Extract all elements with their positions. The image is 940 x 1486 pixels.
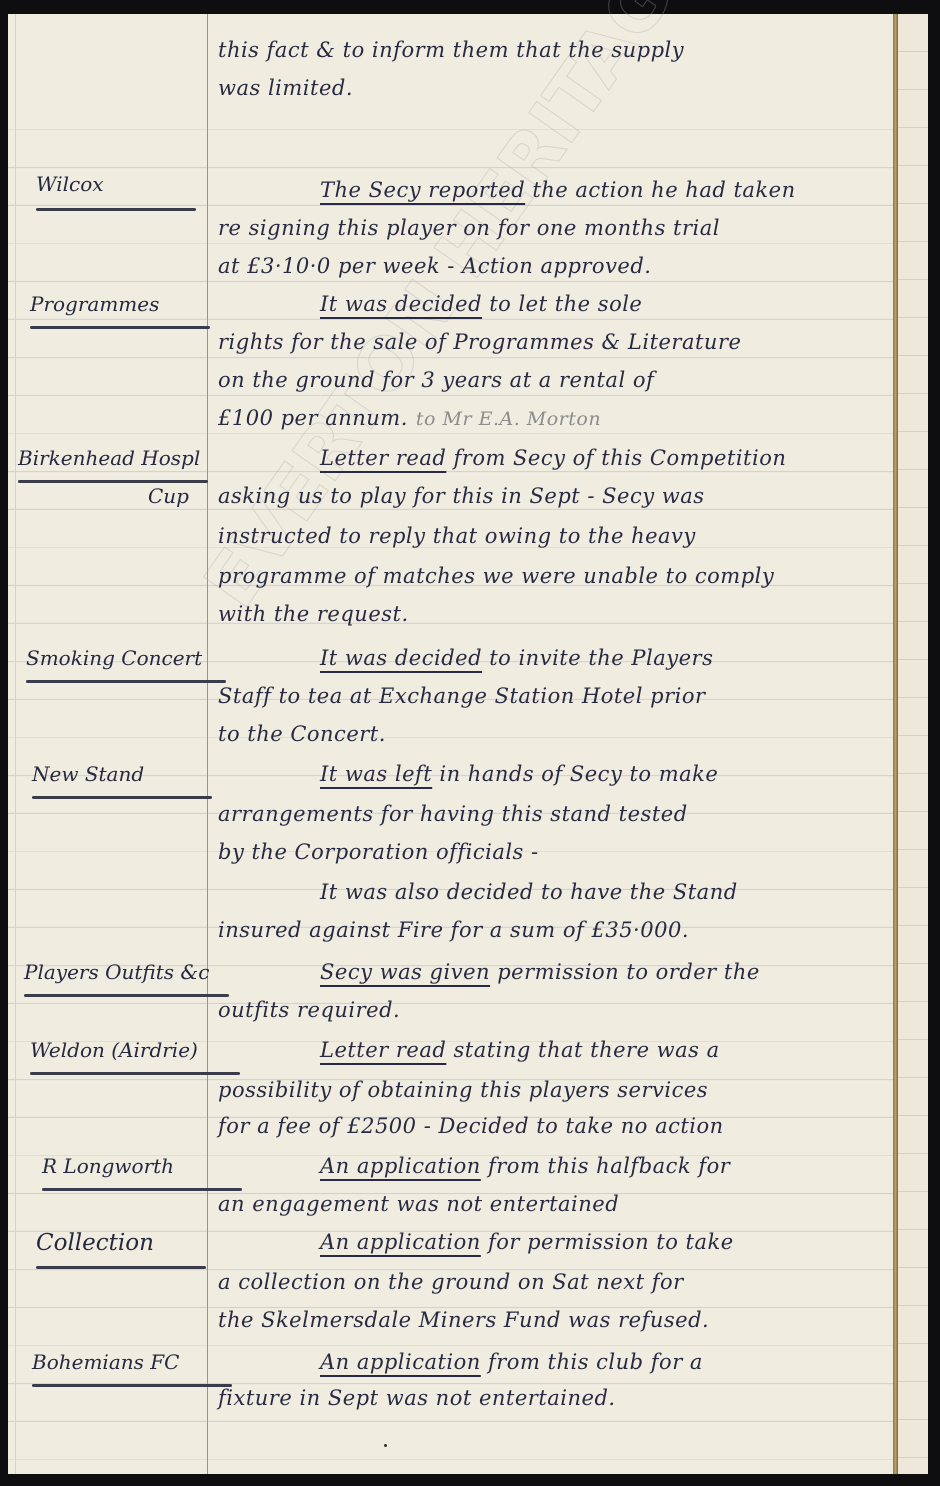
margin-heading-weldon-airdrie: Weldon (Airdrie) xyxy=(30,1038,198,1062)
body-text: from Secy of this Competition xyxy=(446,446,786,470)
heading-underline xyxy=(36,208,196,211)
heading-text: Smoking Concert xyxy=(26,646,202,670)
heading-underline xyxy=(32,796,212,799)
heading-text: Wilcox xyxy=(36,172,104,196)
body-line: Letter read from Secy of this Competitio… xyxy=(320,446,888,470)
body-text: to let the sole xyxy=(482,292,642,316)
body-line: asking us to play for this in Sept - Sec… xyxy=(218,484,888,508)
heading-underline xyxy=(18,480,208,483)
margin-heading-collection: Collection xyxy=(36,1230,154,1256)
heading-text: Weldon (Airdrie) xyxy=(30,1038,198,1062)
lead-phrase: Secy was given xyxy=(320,960,490,984)
heading-underline xyxy=(30,1072,240,1075)
body-line: an engagement was not entertained xyxy=(218,1192,888,1216)
pencil-annotation: to Mr E.A. Morton xyxy=(416,408,601,430)
lead-phrase: It was decided xyxy=(320,292,482,316)
body-line: by the Corporation officials - xyxy=(218,840,888,864)
lead-phrase: An application xyxy=(320,1154,481,1178)
heading-text: Collection xyxy=(36,1230,154,1256)
body-line: It was decided to let the sole xyxy=(320,292,888,316)
body-line: for a fee of £2500 - Decided to take no … xyxy=(218,1114,888,1138)
lead-phrase: An application xyxy=(320,1350,481,1374)
lead-phrase: It was decided xyxy=(320,646,482,670)
body-text: the action he had taken xyxy=(525,178,795,202)
margin-heading-wilcox: Wilcox xyxy=(36,172,104,196)
body-line: Staff to tea at Exchange Station Hotel p… xyxy=(218,684,888,708)
body-text: from this halfback for xyxy=(481,1154,730,1178)
body-line: £100 per annum.to Mr E.A. Morton xyxy=(218,406,888,430)
body-line: An application from this club for a xyxy=(320,1350,888,1374)
heading-text: Birkenhead Hospl xyxy=(18,446,200,470)
ledger-page: EVERTON HERITAGE TRUST this fact & to in… xyxy=(8,14,896,1474)
red-margin-line xyxy=(207,14,208,1474)
body-line: Letter read stating that there was a xyxy=(320,1038,888,1062)
body-text: stating that there was a xyxy=(446,1038,719,1062)
body-line: arrangements for having this stand teste… xyxy=(218,802,888,826)
heading-text: R Longworth xyxy=(42,1154,174,1178)
body-text: to invite the Players xyxy=(482,646,713,670)
body-line: was limited. xyxy=(218,76,888,100)
heading-underline xyxy=(26,680,226,683)
body-line: at £3·10·0 per week - Action approved. xyxy=(218,254,888,278)
margin-heading-bohemians-fc: Bohemians FC xyxy=(32,1350,179,1374)
margin-heading-birkenhead-hospital-cup: Birkenhead Hospl xyxy=(18,446,200,470)
body-line: this fact & to inform them that the supp… xyxy=(218,38,888,62)
margin-heading-new-stand: New Stand xyxy=(32,762,144,786)
body-text: for permission to take xyxy=(481,1230,734,1254)
body-text: permission to order the xyxy=(490,960,760,984)
adjacent-page-edge xyxy=(898,14,928,1474)
lead-phrase: Letter read xyxy=(320,446,446,470)
body-line: instructed to reply that owing to the he… xyxy=(218,524,888,548)
body-line: An application for permission to take xyxy=(320,1230,888,1254)
body-line: re signing this player on for one months… xyxy=(218,216,888,240)
body-line: It was also decided to have the Stand xyxy=(320,880,888,904)
body-line: on the ground for 3 years at a rental of xyxy=(218,368,888,392)
heading-text: Bohemians FC xyxy=(32,1350,179,1374)
body-line: to the Concert. xyxy=(218,722,888,746)
ink-dot xyxy=(384,1444,387,1447)
margin-heading-programmes: Programmes xyxy=(30,292,159,316)
body-line: The Secy reported the action he had take… xyxy=(320,178,888,202)
body-line: It was decided to invite the Players xyxy=(320,646,888,670)
left-page-rule xyxy=(15,14,16,1474)
body-text: £100 per annum. xyxy=(218,406,408,430)
body-line: a collection on the ground on Sat next f… xyxy=(218,1270,888,1294)
body-line: the Skelmersdale Miners Fund was refused… xyxy=(218,1308,888,1332)
heading-underline xyxy=(24,994,229,997)
body-line: It was left in hands of Secy to make xyxy=(320,762,888,786)
body-line: An application from this halfback for xyxy=(320,1154,888,1178)
body-line: rights for the sale of Programmes & Lite… xyxy=(218,330,888,354)
body-line: possibility of obtaining this players se… xyxy=(218,1078,888,1102)
heading-underline xyxy=(32,1384,232,1387)
heading-underline xyxy=(30,326,210,329)
body-line: Secy was given permission to order the xyxy=(320,960,888,984)
heading-text: New Stand xyxy=(32,762,144,786)
lead-phrase: The Secy reported xyxy=(320,178,525,202)
body-text: in hands of Secy to make xyxy=(432,762,718,786)
heading-underline xyxy=(36,1266,206,1269)
lead-phrase: It was left xyxy=(320,762,432,786)
body-line: insured against Fire for a sum of £35·00… xyxy=(218,918,888,942)
heading-underline xyxy=(42,1188,242,1191)
heading-text: Players Outfits &c xyxy=(24,960,209,984)
margin-heading-r-longworth: R Longworth xyxy=(42,1154,174,1178)
margin-heading-players-outfits: Players Outfits &c xyxy=(24,960,209,984)
heading-text: Cup xyxy=(148,484,189,508)
heading-text: Programmes xyxy=(30,292,159,316)
lead-phrase: An application xyxy=(320,1230,481,1254)
body-line: fixture in Sept was not entertained. xyxy=(218,1386,888,1410)
body-line: with the request. xyxy=(218,602,888,626)
body-line: outfits required. xyxy=(218,998,888,1022)
body-line: programme of matches we were unable to c… xyxy=(218,564,888,588)
margin-heading-smoking-concert: Smoking Concert xyxy=(26,646,202,670)
body-text: from this club for a xyxy=(481,1350,703,1374)
lead-phrase: Letter read xyxy=(320,1038,446,1062)
margin-heading-cup: Cup xyxy=(148,484,189,508)
